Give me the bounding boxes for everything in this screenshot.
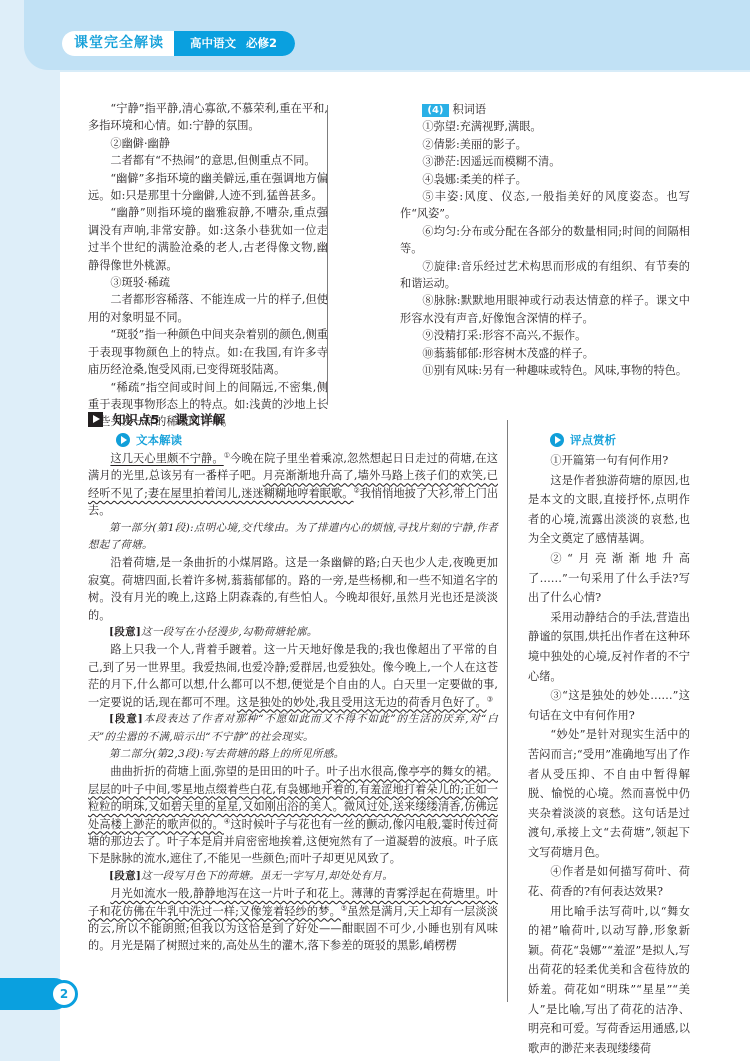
key-sentence: 这是独处的妙处,我且受用这无边的荷香月色好了。 <box>237 696 487 709</box>
section-heading: 知识点5 课文详解 <box>88 410 225 428</box>
question: ③“这是独处的妙处……”这句话在文中有何作用? <box>528 686 690 725</box>
vocab-item: ⑩蓊蓊郁郁:形容树木茂盛的样子。 <box>400 345 690 362</box>
question: ①开篇第一句有何作用? <box>528 451 690 471</box>
commentary-subhead: 评点赏析 <box>550 432 616 448</box>
vocab-item: ⑪别有风味:另有一种趣味或特色。风味,事物的特色。 <box>400 362 690 379</box>
left-margin-strip <box>0 0 60 1061</box>
answer: 采用动静结合的手法,营造出静谧的氛围,烘托出作者在这种环境中独处的心境,反衬作者… <box>528 608 690 686</box>
subhead-label: 评点赏析 <box>570 432 616 448</box>
subject-label: 高中语文 <box>190 36 236 50</box>
answer: 用比喻手法写荷叶,以“舞女的裙”喻荷叶,以动写静,形象新颖。荷花“袅娜”“羞涩”… <box>528 902 690 1059</box>
paragraph-gist: [段意]这一段写在小径漫步,勾勒荷塘轮廓。 <box>88 624 498 641</box>
answer: 这是作者独游荷塘的原因,也是本文的文眼,直接抒怀,点明作者的心境,流露出淡淡的哀… <box>528 471 690 549</box>
play-square-icon <box>88 412 103 427</box>
subhead-label: 文本解读 <box>136 432 182 448</box>
section-tag: (4) <box>422 104 448 117</box>
gist-text: 本段表达了作者对那种“不愿如此而又不得不如此”的生活的厌弃,对“白天”的尘嚣的不… <box>88 713 498 742</box>
play-circle-icon <box>550 433 564 447</box>
header-divider <box>60 70 750 72</box>
main-text-column: 这几天心里颇不宁静。①今晚在院子里坐着乘凉,忽然想起日日走过的荷塘,在这满月的光… <box>88 450 498 955</box>
header-badge: 课堂完全解读 高中语文必修2 <box>62 31 295 56</box>
vocab-item: ⑨没精打采:形容不高兴,不振作。 <box>400 327 690 344</box>
series-title: 课堂完全解读 <box>62 31 174 56</box>
gist-text: 这一段写在小径漫步,勾勒荷塘轮廓。 <box>141 626 317 638</box>
paragraph-gist: [段意]这一段写月色下的荷塘。虽无一字写月,却处处有月。 <box>88 868 498 885</box>
vocab-title: 积词语 <box>453 103 487 116</box>
paragraph: “斑驳”指一种颜色中间夹杂着别的颜色,侧重于表现事物颜色上的特点。如:在我国,有… <box>88 326 328 378</box>
gist-text: 这一段写月色下的荷塘。虽无一字写月,却处处有月。 <box>141 870 393 882</box>
subject-volume: 高中语文必修2 <box>174 31 295 56</box>
vocabulary-column: (4)积词语 ①弥望:充满视野,满眼。 ②倩影:美丽的影子。 ③渺茫:因遥远而模… <box>400 101 690 380</box>
volume-label: 必修2 <box>246 36 277 50</box>
play-circle-icon <box>116 433 130 447</box>
paragraph: “幽静”则指环境的幽雅寂静,不嘈杂,重点强调没有声响,非常安静。如:这条小巷犹如… <box>88 204 328 274</box>
vocab-item: ②倩影:美丽的影子。 <box>400 136 690 153</box>
section-title: 课文详解 <box>175 410 225 428</box>
part-summary: 第二部分(第2,3段):写去荷塘的路上的所见所感。 <box>88 746 498 763</box>
question: ④作者是如何描写荷叶、荷花、荷香的?有何表达效果? <box>528 862 690 901</box>
paragraph: ③斑驳·稀疏 <box>88 274 328 291</box>
answer: “妙处”是针对现实生活中的苦闷而言;“受用”准确地写出了作者从受压抑、不自由中暂… <box>528 725 690 862</box>
gist-label: [段意] <box>109 713 143 725</box>
vocab-item: ③渺茫:因遥远而模糊不清。 <box>400 153 690 170</box>
paragraph-1: 这几天心里颇不宁静。①今晚在院子里坐着乘凉,忽然想起日日走过的荷塘,在这满月的光… <box>88 450 498 520</box>
gist-label: [段意] <box>109 870 141 882</box>
paragraph-2: 沿着荷塘,是一条曲折的小煤屑路。这是一条幽僻的路;白天也少人走,夜晚更加寂寞。荷… <box>88 554 498 624</box>
paragraph: ②幽僻·幽静 <box>88 135 328 152</box>
note-marker: ③ <box>487 695 493 703</box>
paragraph-3: 路上只我一个人,背着手踱着。这一片天地好像是我的;我也像超出了平常的自己,到了另… <box>88 641 498 711</box>
vocab-heading: (4)积词语 <box>400 101 690 118</box>
paragraph-5: 月光如流水一般,静静地泻在这一片叶子和花上。薄薄的青雾浮起在荷塘里。叶子和花仿佛… <box>88 885 498 955</box>
text-reading-subhead: 文本解读 <box>116 432 182 448</box>
vocab-item: ⑤丰姿:风度、仪态,一般指美好的风度姿态。也写作“风姿”。 <box>400 188 690 223</box>
commentary-column: ①开篇第一句有何作用? 这是作者独游荷塘的原因,也是本文的文眼,直接抒怀,点明作… <box>528 451 690 1058</box>
question: ②“月亮渐渐地升高了……”一句采用了什么手法?写出了什么心情? <box>528 549 690 608</box>
vocab-item: ④袅娜:柔美的样子。 <box>400 171 690 188</box>
paragraph-4: 曲曲折折的荷塘上面,弥望的是田田的叶子。叶子出水很高,像亭亭的舞女的裙。层层的叶… <box>88 763 498 867</box>
vocab-item: ⑧脉脉:默默地用眼神或行动表达情意的样子。课文中形容水没有声音,好像饱含深情的样… <box>400 292 690 327</box>
column-divider <box>507 420 508 1002</box>
gist-label: [段意] <box>109 626 141 638</box>
paragraph-gist: [段意]本段表达了作者对那种“不愿如此而又不得不如此”的生活的厌弃,对“白天”的… <box>88 711 498 746</box>
paragraph: 二者都形容稀落、不能连成一片的样子,但使用的对象明显不同。 <box>88 291 328 326</box>
part-summary: 第一部分(第1段):点明心境,交代缘由。为了排遣内心的烦恼,寻找片刻的宁静,作者… <box>88 520 498 555</box>
paragraph: “幽僻”多指环境的幽美僻远,重在强调地方偏远。如:只是那里十分幽僻,人迹不到,猛… <box>88 170 328 205</box>
vocab-item: ⑥均匀:分布或分配在各部分的数量相同;时间的间隔相等。 <box>400 223 690 258</box>
key-sentence: 这几天心里颇不宁静。 <box>110 452 223 465</box>
vocab-item: ①弥望:充满视野,满眼。 <box>400 118 690 135</box>
column-divider <box>327 105 328 405</box>
text: 曲曲折折的荷塘上面,弥望的是田田的叶子。 <box>110 765 326 778</box>
vocab-item: ⑦旋律:音乐经过艺术构思而形成的有组织、有节奏的和谐运动。 <box>400 258 690 293</box>
vocab-comparison-column: “宁静”指平静,清心寡欲,不慕荣利,重在平和,多指环境和心情。如:宁静的氛围。 … <box>88 100 328 431</box>
paragraph: 二者都有“不热闹”的意思,但侧重点不同。 <box>88 152 328 169</box>
section-label: 知识点5 <box>113 410 159 428</box>
page-number: 2 <box>50 980 78 1008</box>
paragraph: “宁静”指平静,清心寡欲,不慕荣利,重在平和,多指环境和心情。如:宁静的氛围。 <box>88 100 328 135</box>
